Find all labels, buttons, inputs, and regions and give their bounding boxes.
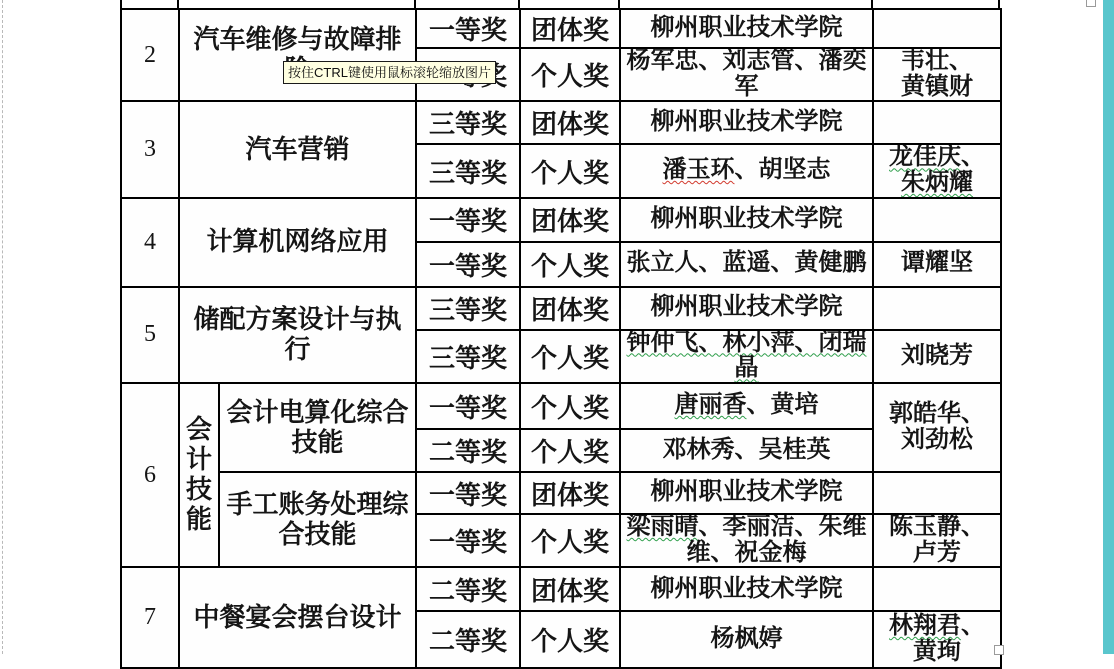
winner-cell: 梁雨晴、李丽洁、朱维 维、祝金梅: [620, 514, 873, 567]
no-cell: 2: [121, 9, 179, 101]
winner-cell: 柳州职业技术学院: [620, 287, 873, 330]
award-level-cell: 二等奖: [416, 611, 520, 654]
winner-cell: 柳州职业技术学院: [620, 9, 873, 48]
award-level-cell: 一等奖: [416, 198, 520, 242]
image-resize-handle-top-right[interactable]: [1086, 0, 1096, 7]
document-page: 2 汽车维修与故障排除 一等奖 团体奖 柳州职业技术学院 一等奖 个人奖 杨军忠…: [0, 0, 1114, 654]
award-type-cell: 团体奖: [520, 472, 620, 514]
award-level-cell: 一等奖: [416, 9, 520, 48]
teacher-name: 朱炳耀: [901, 170, 973, 196]
teacher-name: 林翔君: [889, 613, 961, 639]
award-level-cell: 三等奖: [416, 101, 520, 144]
award-type-cell: 个人奖: [520, 242, 620, 287]
teacher-cell: 林翔君、 黄珣: [873, 611, 1001, 654]
winner-name: 钟仲飞、林小萍、闭瑞 晶: [627, 330, 867, 382]
award-type-cell: 个人奖: [520, 514, 620, 567]
award-type-cell: 个人奖: [520, 48, 620, 101]
award-type-cell: 团体奖: [520, 9, 620, 48]
no-cell: 6: [121, 383, 179, 567]
award-type-cell: 个人奖: [520, 429, 620, 472]
teacher-name: 、: [961, 144, 985, 170]
award-type-cell: 团体奖: [520, 567, 620, 611]
teacher-cell: [873, 567, 1001, 611]
event-cell: 中餐宴会摆台设计: [179, 567, 416, 654]
winner-cell: 杨军忠、刘志管、潘奕 军: [620, 48, 873, 101]
awards-table: 2 汽车维修与故障排除 一等奖 团体奖 柳州职业技术学院 一等奖 个人奖 杨军忠…: [120, 8, 1002, 654]
event-cell: 汽车营销: [179, 101, 416, 197]
award-type-cell: 团体奖: [520, 198, 620, 242]
winner-name: 潘玉环: [663, 157, 735, 183]
award-level-cell: 一等奖: [416, 383, 520, 429]
award-type-cell: 个人奖: [520, 330, 620, 383]
award-level-cell: 一等奖: [416, 514, 520, 567]
winner-cell: 柳州职业技术学院: [620, 101, 873, 144]
teacher-cell: [873, 472, 1001, 514]
teacher-cell: [873, 198, 1001, 242]
winner-cell: 张立人、蓝遥、黄健鹏: [620, 242, 873, 287]
teacher-cell: 陈玉静、 卢芳: [873, 514, 1001, 567]
teacher-cell: [873, 287, 1001, 330]
page-boundary-dashed-line: [2, 0, 3, 654]
teacher-cell: 郭皓华、 刘劲松: [873, 383, 1001, 472]
winner-cell: 潘玉环、胡坚志: [620, 144, 873, 197]
teacher-cell: 龙佳庆、 朱炳耀: [873, 144, 1001, 197]
winner-cell: 邓林秀、吴桂英: [620, 429, 873, 472]
no-cell: 7: [121, 567, 179, 654]
award-level-cell: 三等奖: [416, 330, 520, 383]
category-vertical-cell: 会 计 技 能: [179, 383, 219, 567]
event-cell: 汽车维修与故障排除: [179, 9, 416, 101]
winner-cell: 钟仲飞、林小萍、闭瑞 晶: [620, 330, 873, 383]
award-level-cell: 三等奖: [416, 144, 520, 197]
teacher-cell: 谭耀坚: [873, 242, 1001, 287]
award-level-cell: 三等奖: [416, 287, 520, 330]
award-type-cell: 团体奖: [520, 287, 620, 330]
award-type-cell: 团体奖: [520, 101, 620, 144]
teacher-cell: [873, 101, 1001, 144]
award-type-cell: 个人奖: [520, 144, 620, 197]
no-cell: 4: [121, 198, 179, 287]
winner-cell: 唐丽香、黄培: [620, 383, 873, 429]
winner-cell: 柳州职业技术学院: [620, 198, 873, 242]
zoom-hint-tooltip: 按住CTRL键使用鼠标滚轮缩放图片: [283, 61, 496, 84]
award-level-cell: 二等奖: [416, 567, 520, 611]
winner-name: 唐丽香: [675, 392, 747, 418]
winner-cell: 杨枫婷: [620, 611, 873, 654]
winner-name: 、黄培: [747, 392, 819, 418]
sub-event-cell: 会计电算化综合 技能: [219, 383, 416, 472]
event-cell: 计算机网络应用: [179, 198, 416, 287]
winner-name: 梁雨晴: [627, 514, 699, 540]
image-resize-handle-bottom-right[interactable]: [994, 645, 1004, 654]
event-cell: 储配方案设计与执行: [179, 287, 416, 383]
award-level-cell: 二等奖: [416, 429, 520, 472]
award-level-cell: 一等奖: [416, 472, 520, 514]
winner-name: 、胡坚志: [735, 157, 831, 183]
winner-name: 、李丽洁、朱维 维、祝金梅: [687, 514, 867, 566]
no-cell: 5: [121, 287, 179, 383]
window-right-edge-strip: [1103, 0, 1114, 654]
winner-cell: 柳州职业技术学院: [620, 472, 873, 514]
sub-event-cell: 手工账务处理综 合技能: [219, 472, 416, 567]
no-cell: 3: [121, 101, 179, 197]
award-type-cell: 个人奖: [520, 383, 620, 429]
teacher-cell: [873, 9, 1001, 48]
teacher-cell: 韦壮、 黄镇财: [873, 48, 1001, 101]
award-type-cell: 个人奖: [520, 611, 620, 654]
teacher-cell: 刘晓芳: [873, 330, 1001, 383]
award-level-cell: 一等奖: [416, 242, 520, 287]
winner-cell: 柳州职业技术学院: [620, 567, 873, 611]
teacher-name: 龙佳庆: [889, 144, 961, 170]
